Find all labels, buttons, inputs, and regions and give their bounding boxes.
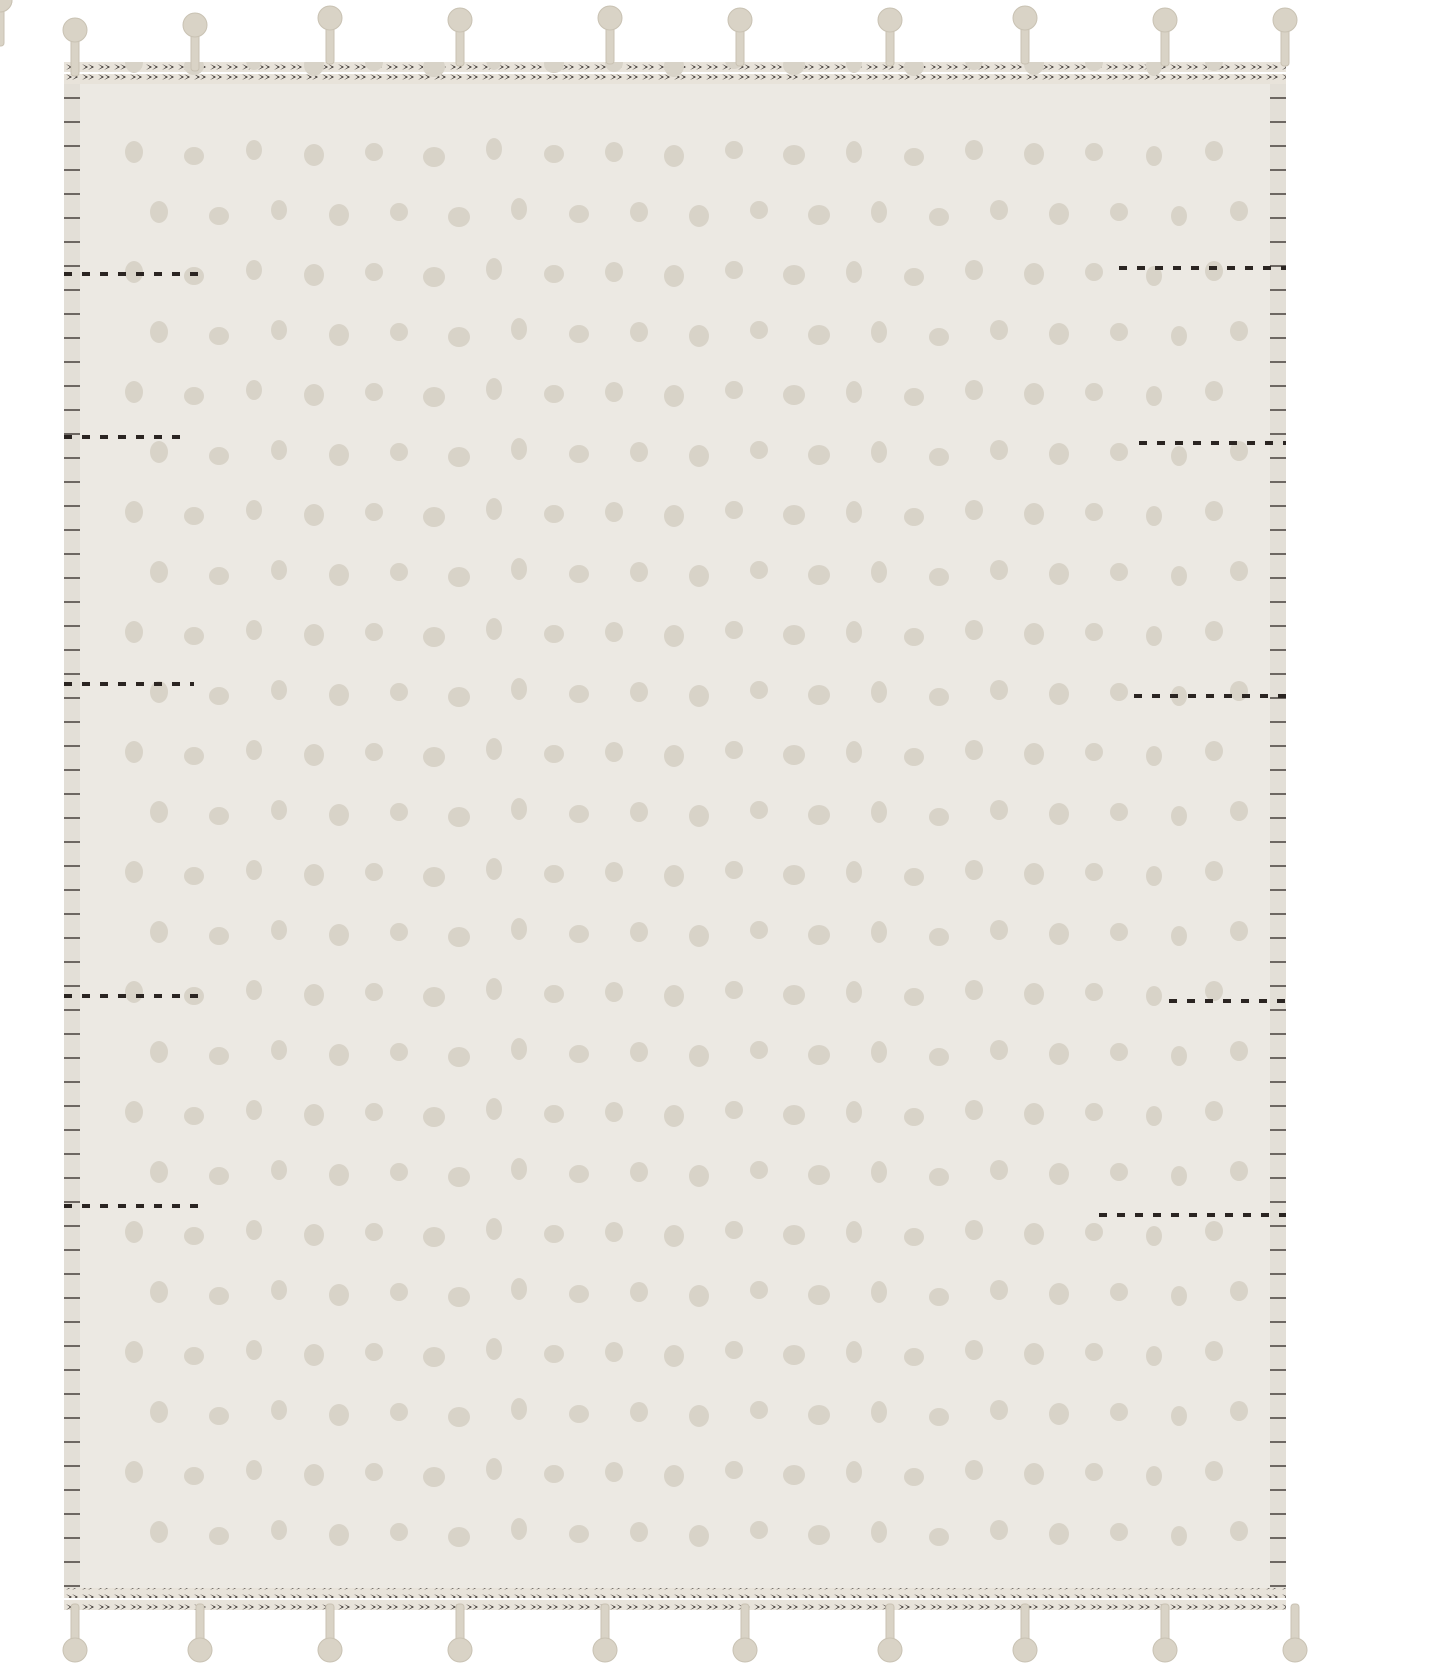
tassels xyxy=(0,0,1445,1671)
